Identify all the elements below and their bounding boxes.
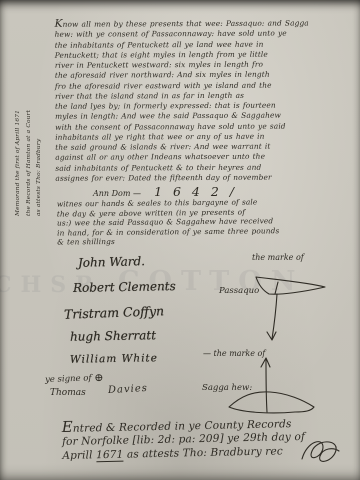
margin-note-line: Memorand the first of Aprill 1671 <box>13 54 24 216</box>
signature-hugh-sherratt: hugh Sherratt <box>70 328 156 343</box>
margin-note-line: the Records of Hamton at a Court <box>24 54 35 216</box>
recording-note-line3-post: as attests Tho: Bradbury rec <box>123 445 283 460</box>
deed-date-year: 1 6 4 2 / <box>154 184 237 199</box>
signature-john-ward: John Ward. <box>78 254 145 270</box>
thomas-sign-caption: ye signe of ⊕ <box>45 371 104 386</box>
thomas-sign-last-name: Davies <box>108 383 148 396</box>
signature-tristram-coffyn: Tristram Coffyn <box>64 303 165 321</box>
signature-robert-clements: Robert Clements <box>73 279 176 295</box>
manuscript-photo: CHSR COTTON Memorand the first of Aprill… <box>0 0 360 480</box>
deed-body-text: Know all men by these presents that wee:… <box>55 17 359 184</box>
margin-note-line: as attests Tho: Bradbury <box>34 54 45 216</box>
recorder-flourish-drawing <box>299 435 343 469</box>
circled-cross-mark-icon: ⊕ <box>94 371 104 384</box>
margin-note: Memorand the first of Aprill 1671 the Re… <box>13 54 45 216</box>
saggahew-mark-drawing <box>225 356 320 418</box>
recording-note-year: 1671 <box>96 448 124 462</box>
witness-line: & ten shillings <box>57 235 349 248</box>
recording-note-line3-pre: Aprill <box>62 449 96 462</box>
thomas-sign-caption-text: ye signe of <box>45 373 92 385</box>
passaquo-mark-caption: the marke of <box>252 253 304 262</box>
signature-william-white: William White <box>70 352 158 366</box>
witness-paragraph: witnes our hands & seales to this bargay… <box>57 196 349 247</box>
deed-date-prefix: Ann Dom — <box>93 189 141 198</box>
thomas-sign-first-name: Thomas <box>50 388 86 398</box>
passaquo-mark-drawing <box>215 262 335 352</box>
